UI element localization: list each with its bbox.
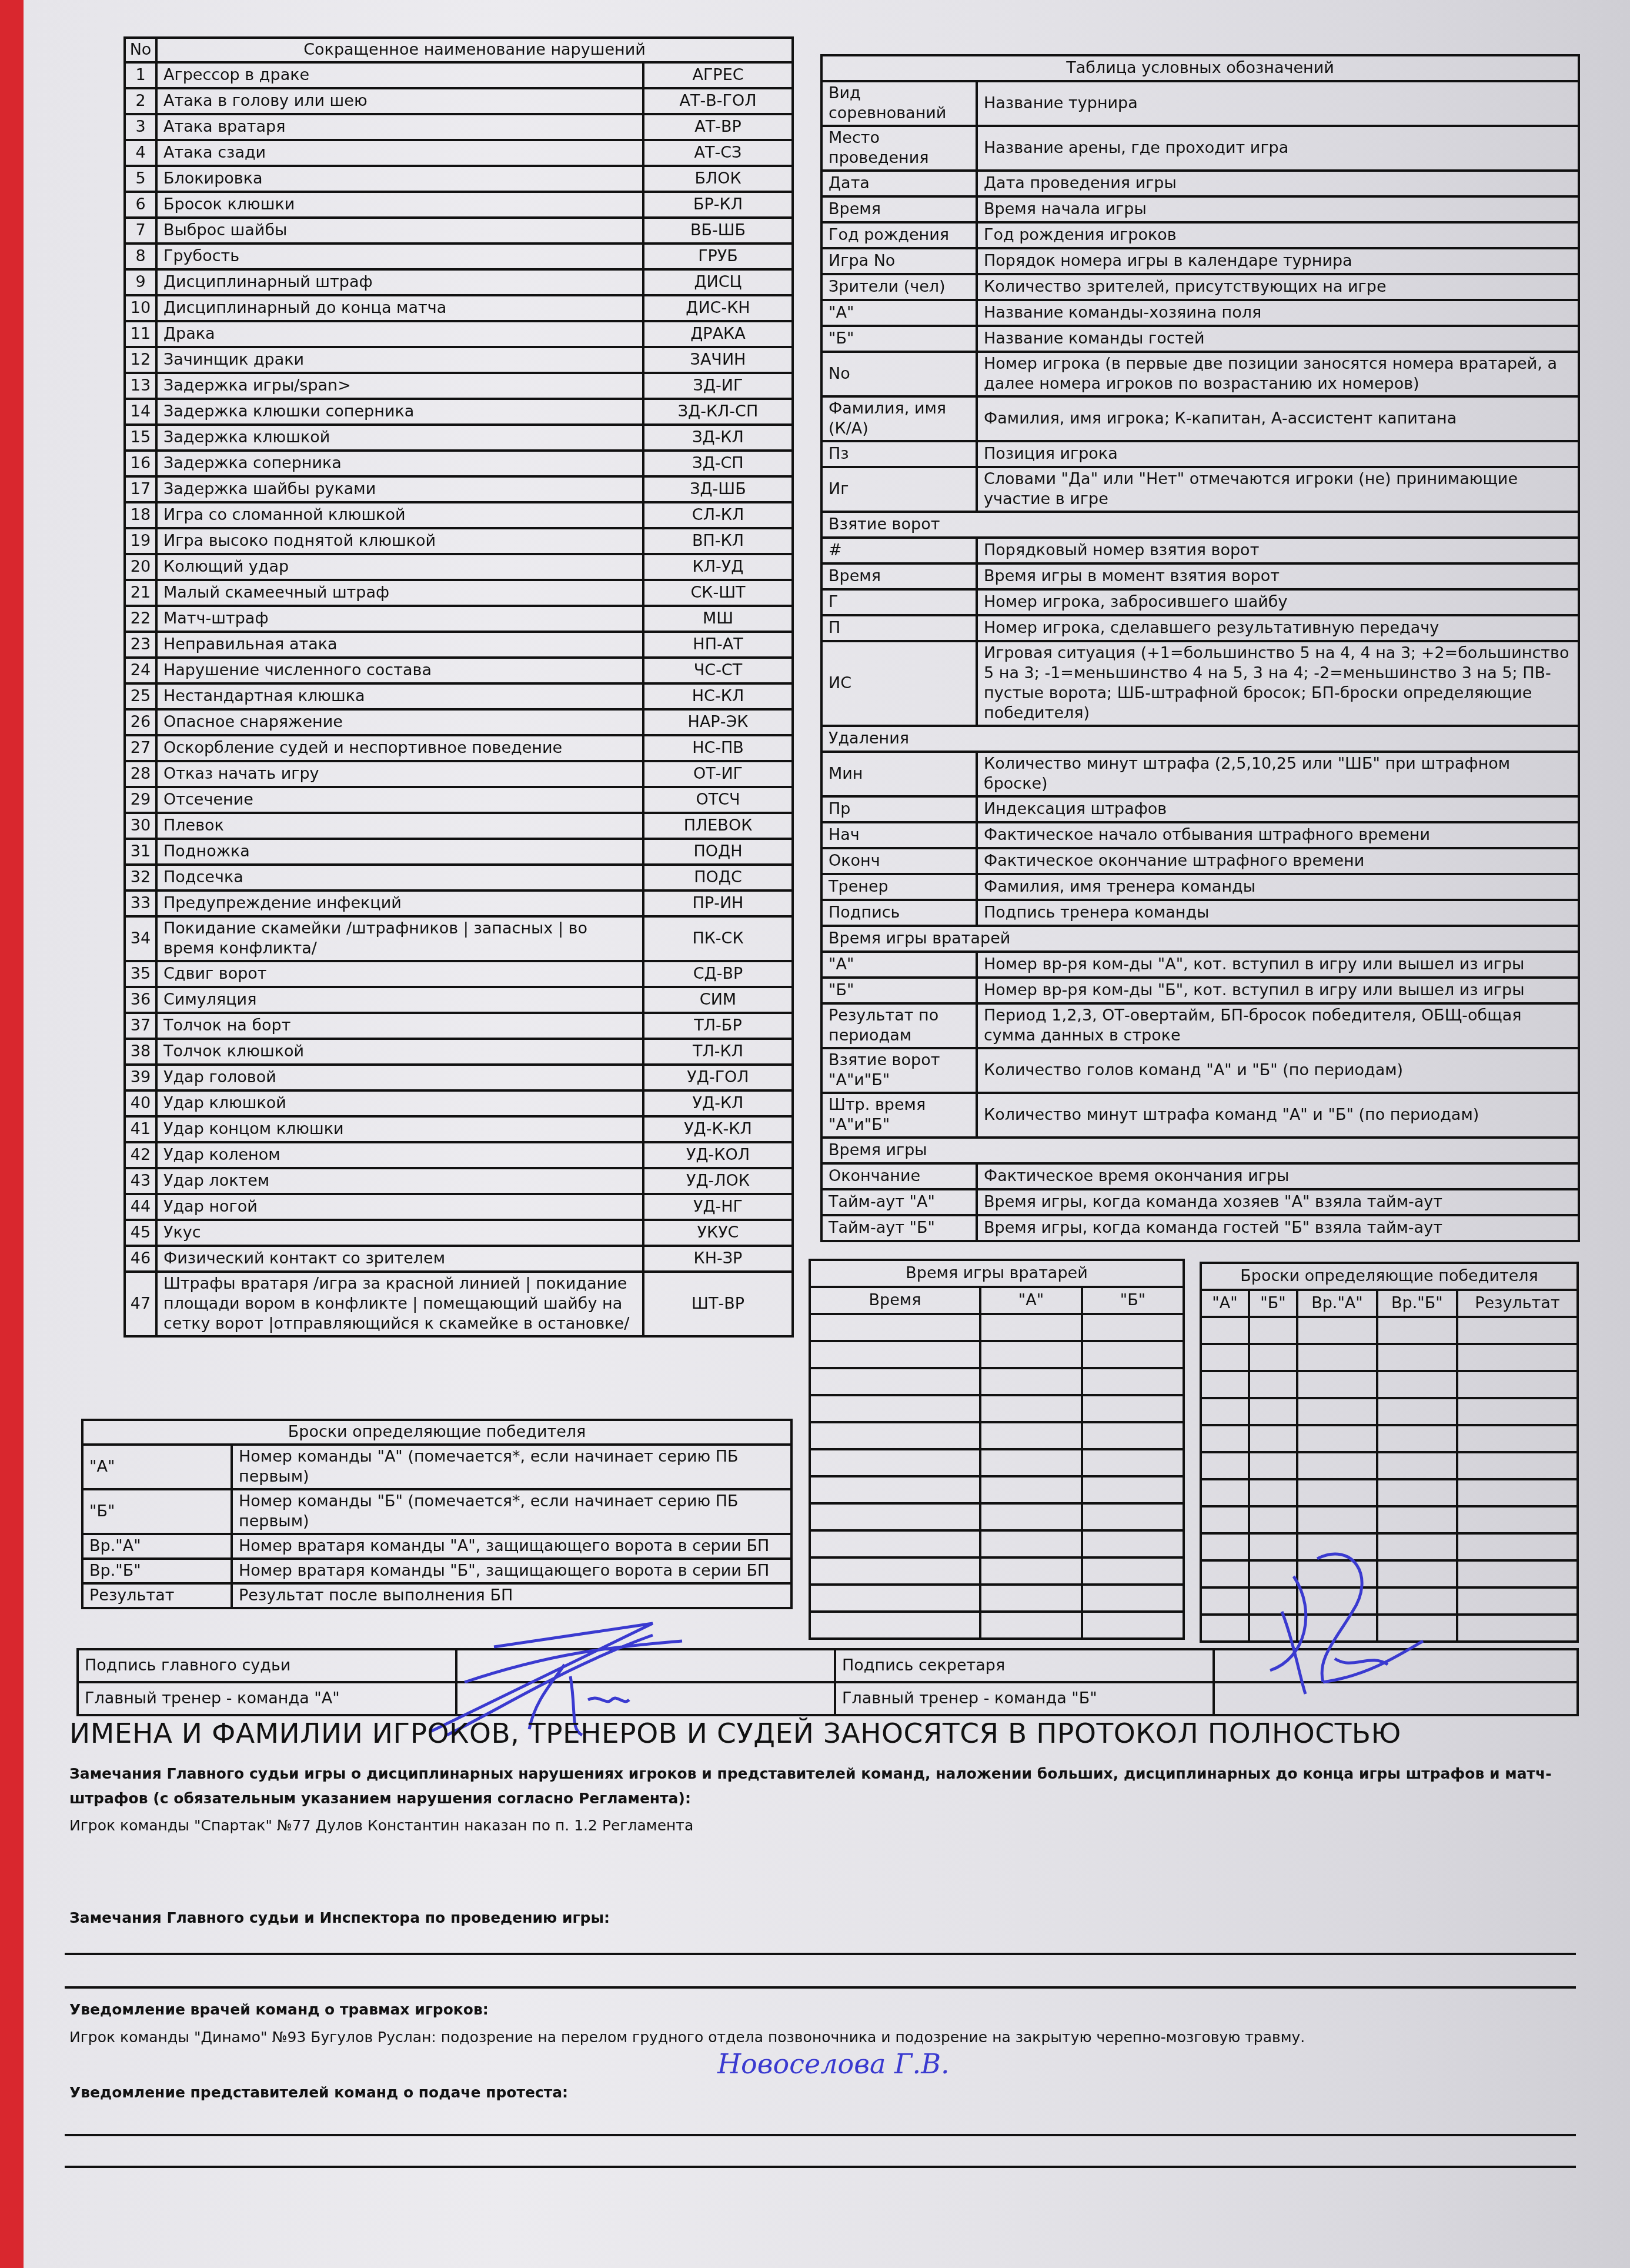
violation-row: 23Неправильная атакаНП-АТ (125, 632, 793, 658)
violation-row: 37Толчок на бортТЛ-БР (125, 1013, 793, 1039)
violation-row: 40Удар клюшкойУД-КЛ (125, 1090, 793, 1116)
shootout-cell[interactable] (1377, 1452, 1457, 1479)
legend-row: ПНомер игрока, сделавшего результативную… (821, 615, 1579, 641)
shootout-legend-description: Номер вратаря команды "А", защищающего в… (232, 1534, 791, 1559)
violation-row: 44Удар ногойУД-НГ (125, 1194, 793, 1220)
violation-name: Нестандартная клюшка (156, 683, 643, 709)
legend-description: Название команды-хозяина поля (977, 300, 1579, 326)
injury-text[interactable]: Игрок команды "Динамо" №93 Бугулов Русла… (69, 2027, 1305, 2048)
legend-key: Мин (821, 752, 977, 796)
goalie-time-cell[interactable] (1082, 1422, 1184, 1449)
shootout-cell[interactable] (1377, 1425, 1457, 1452)
violation-row: 24Нарушение численного составаЧС-СТ (125, 658, 793, 683)
violation-name: Зачинщик драки (156, 347, 643, 373)
legend-row: ПзПозиция игрока (821, 441, 1579, 467)
shootout-cell[interactable] (1201, 1533, 1249, 1560)
legend-row: Удаления (821, 726, 1579, 752)
legend-description: Время игры в момент взятия ворот (977, 563, 1579, 589)
legend-key: "Б" (821, 326, 977, 352)
shootout-cell[interactable] (1201, 1560, 1249, 1587)
shootout-cell[interactable] (1377, 1371, 1457, 1398)
violation-code: ЗД-ИГ (643, 373, 793, 399)
violation-row: 20Колющий ударКЛ-УД (125, 554, 793, 580)
legend-row: МинКоличество минут штрафа (2,5,10,25 ил… (821, 752, 1579, 796)
goalie-time-cell[interactable] (980, 1557, 1082, 1585)
violation-name: Физический контакт со зрителем (156, 1246, 643, 1272)
shootout-cell[interactable] (1249, 1398, 1297, 1425)
shootout-cell[interactable] (1249, 1506, 1297, 1533)
violation-row: 21Малый скамеечный штрафСК-ШТ (125, 580, 793, 606)
violation-row: 5БлокировкаБЛОК (125, 166, 793, 192)
protest-line-1[interactable] (65, 2134, 1576, 2136)
violation-name: Грубость (156, 244, 643, 269)
legend-row: #Порядковый номер взятия ворот (821, 538, 1579, 563)
violation-number: 9 (125, 269, 156, 295)
violation-name: Подсечка (156, 865, 643, 890)
violation-number: 47 (125, 1272, 156, 1336)
legend-key: Штр. время "А"и"Б" (821, 1093, 977, 1138)
disciplinary-heading: Замечания Главного судьи игры о дисципли… (69, 1762, 1575, 1811)
shootout-cell[interactable] (1201, 1371, 1249, 1398)
goalie-time-cell[interactable] (980, 1341, 1082, 1368)
legend-key: Год рождения (821, 222, 977, 248)
legend-key: Подпись (821, 900, 977, 926)
goalie-time-column-header: "Б" (1082, 1287, 1184, 1314)
goalie-time-cell[interactable] (980, 1449, 1082, 1476)
shootout-cell[interactable] (1457, 1317, 1578, 1344)
violation-row: 25Нестандартная клюшкаНС-КЛ (125, 683, 793, 709)
legend-row: ТренерФамилия, имя тренера команды (821, 874, 1579, 900)
violation-row: 15Задержка клюшкойЗД-КЛ (125, 425, 793, 451)
violation-code: АТ-ВР (643, 114, 793, 140)
legend-key: Г (821, 589, 977, 615)
legend-description: Название турнира (977, 81, 1579, 126)
violation-code: ОТ-ИГ (643, 761, 793, 787)
violation-name: Предупреждение инфекций (156, 890, 643, 916)
shootout-cell[interactable] (1297, 1371, 1377, 1398)
violation-code: КН-ЗР (643, 1246, 793, 1272)
violation-number: 22 (125, 606, 156, 632)
shootout-cell[interactable] (1249, 1317, 1297, 1344)
shootout-cell[interactable] (1297, 1452, 1377, 1479)
legend-description: Подпись тренера команды (977, 900, 1579, 926)
violation-number: 7 (125, 218, 156, 244)
shootout-title: Броски определяющие победителя (1201, 1263, 1578, 1290)
goalie-time-cell[interactable] (810, 1557, 980, 1585)
goalie-time-cell[interactable] (1082, 1557, 1184, 1585)
violation-number: 18 (125, 502, 156, 528)
legend-row: Фамилия, имя (К/А)Фамилия, имя игрока; К… (821, 396, 1579, 441)
legend-row: Год рожденияГод рождения игроков (821, 222, 1579, 248)
violation-code: ШТ-ВР (643, 1272, 793, 1336)
violation-row: 33Предупреждение инфекцийПР-ИН (125, 890, 793, 916)
legend-key: Место проведения (821, 126, 977, 171)
shootout-cell[interactable] (1377, 1317, 1457, 1344)
violation-code: ПОДН (643, 839, 793, 865)
shootout-cell[interactable] (1377, 1398, 1457, 1425)
inspector-line-1[interactable] (65, 1953, 1576, 1955)
goalie-time-cell[interactable] (1082, 1395, 1184, 1422)
legend-description: Время начала игры (977, 196, 1579, 222)
shootout-cell[interactable] (1457, 1398, 1578, 1425)
notes-title: ИМЕНА И ФАМИЛИИ ИГРОКОВ, ТРЕНЕРОВ И СУДЕ… (69, 1717, 1401, 1750)
shootout-cell[interactable] (1201, 1587, 1249, 1615)
shootout-row (1201, 1371, 1578, 1398)
legend-key: Взятие ворот "А"и"Б" (821, 1048, 977, 1093)
violation-code: АГРЕС (643, 62, 793, 88)
goalie-time-cell[interactable] (980, 1422, 1082, 1449)
goalie-time-cell[interactable] (810, 1314, 980, 1341)
violation-number: 29 (125, 787, 156, 813)
violation-row: 1Агрессор в дракеАГРЕС (125, 62, 793, 88)
violation-name: Колющий удар (156, 554, 643, 580)
legend-description: Позиция игрока (977, 441, 1579, 467)
violation-number: 32 (125, 865, 156, 890)
violation-name: Малый скамеечный штраф (156, 580, 643, 606)
shootout-cell[interactable] (1297, 1506, 1377, 1533)
red-background-edge (0, 0, 24, 2268)
goalie-time-row (810, 1368, 1184, 1395)
legend-description: Период 1,2,3, ОТ-овертайм, БП-бросок поб… (977, 1003, 1579, 1048)
violation-number: 6 (125, 192, 156, 218)
legend-description: Фактическое окончание штрафного времени (977, 848, 1579, 874)
violation-code: ВБ-ШБ (643, 218, 793, 244)
shootout-cell[interactable] (1201, 1615, 1249, 1642)
violation-row: 38Толчок клюшкойТЛ-КЛ (125, 1039, 793, 1065)
violation-code: ТЛ-БР (643, 1013, 793, 1039)
goalie-time-cell[interactable] (980, 1476, 1082, 1503)
shootout-cell[interactable] (1201, 1344, 1249, 1371)
violation-code: ПЛЕВОК (643, 813, 793, 839)
shootout-row (1201, 1506, 1578, 1533)
shootout-row (1201, 1344, 1578, 1371)
shootout-legend-key: Вр."Б" (82, 1559, 232, 1583)
violation-code: НАР-ЭК (643, 709, 793, 735)
shootout-cell[interactable] (1457, 1452, 1578, 1479)
legend-key: Тайм-аут "Б" (821, 1215, 977, 1241)
goalie-time-cell[interactable] (980, 1585, 1082, 1612)
violation-code: ТЛ-КЛ (643, 1039, 793, 1065)
violations-body: 1Агрессор в дракеАГРЕС2Атака в голову ил… (125, 62, 793, 1336)
violation-row: 43Удар локтемУД-ЛОК (125, 1168, 793, 1194)
legend-row: ДатаДата проведения игры (821, 171, 1579, 196)
header-violation-name: Сокращенное наименование нарушений (156, 38, 793, 62)
shootout-cell[interactable] (1377, 1506, 1457, 1533)
legend-description: Количество минут штрафа (2,5,10,25 или "… (977, 752, 1579, 796)
shootout-cell[interactable] (1297, 1398, 1377, 1425)
shootout-legend-row: Вр."А"Номер вратаря команды "А", защищаю… (82, 1534, 791, 1559)
violation-name: Удар локтем (156, 1168, 643, 1194)
violation-code: ЧС-СТ (643, 658, 793, 683)
legend-table: Таблица условных обозначений Вид соревно… (820, 54, 1580, 1242)
violation-number: 10 (125, 295, 156, 321)
violation-number: 30 (125, 813, 156, 839)
violation-code: СК-ШТ (643, 580, 793, 606)
legend-row: Время игры (821, 1138, 1579, 1163)
violation-row: 14Задержка клюшки соперникаЗД-КЛ-СП (125, 399, 793, 425)
goalie-time-cell[interactable] (810, 1503, 980, 1530)
violation-row: 6Бросок клюшкиБР-КЛ (125, 192, 793, 218)
violation-name: Атака сзади (156, 140, 643, 166)
shootout-cell[interactable] (1457, 1587, 1578, 1615)
legend-row: ВремяВремя начала игры (821, 196, 1579, 222)
violation-code: ПК-СК (643, 916, 793, 961)
legend-row: "Б"Название команды гостей (821, 326, 1579, 352)
legend-key: Окончание (821, 1163, 977, 1189)
violation-name: Отказ начать игру (156, 761, 643, 787)
shootout-cell[interactable] (1457, 1425, 1578, 1452)
violation-code: НП-АТ (643, 632, 793, 658)
goalie-time-cell[interactable] (1082, 1476, 1184, 1503)
goalie-time-row (810, 1422, 1184, 1449)
violation-row: 42Удар коленомУД-КОЛ (125, 1142, 793, 1168)
legend-key: "Б" (821, 978, 977, 1003)
violation-code: НС-ПВ (643, 735, 793, 761)
legend-row: Игра NoПорядок номера игры в календаре т… (821, 248, 1579, 274)
violation-number: 16 (125, 451, 156, 476)
shootout-cell[interactable] (1457, 1560, 1578, 1587)
violation-number: 44 (125, 1194, 156, 1220)
legend-key: Время (821, 563, 977, 589)
legend-row: ОкончаниеФактическое время окончания игр… (821, 1163, 1579, 1189)
goalie-time-cell[interactable] (1082, 1368, 1184, 1395)
goalie-time-cell[interactable] (810, 1612, 980, 1639)
violation-code: УКУС (643, 1220, 793, 1246)
violation-row: 13Задержка игры/span>ЗД-ИГ (125, 373, 793, 399)
header-no: No (125, 38, 156, 62)
legend-description: Порядковый номер взятия ворот (977, 538, 1579, 563)
legend-key: Зрители (чел) (821, 274, 977, 300)
violation-code: НС-КЛ (643, 683, 793, 709)
violation-code: ЗД-КЛ (643, 425, 793, 451)
violation-number: 25 (125, 683, 156, 709)
goalie-time-cell[interactable] (980, 1395, 1082, 1422)
legend-row: Зрители (чел)Количество зрителей, присут… (821, 274, 1579, 300)
goalie-time-cell[interactable] (980, 1612, 1082, 1639)
violation-code: СД-ВР (643, 961, 793, 987)
goalie-time-row (810, 1585, 1184, 1612)
shootout-cell[interactable] (1249, 1344, 1297, 1371)
violation-number: 23 (125, 632, 156, 658)
violation-code: ДРАКА (643, 321, 793, 347)
shootout-cell[interactable] (1249, 1479, 1297, 1506)
shootout-cell[interactable] (1297, 1479, 1377, 1506)
goalie-time-row (810, 1503, 1184, 1530)
goalie-time-cell[interactable] (1082, 1449, 1184, 1476)
shootout-legend-description: Номер вратаря команды "Б", защищающего в… (232, 1559, 791, 1583)
goalie-time-cell[interactable] (810, 1585, 980, 1612)
violation-row: 29ОтсечениеОТСЧ (125, 787, 793, 813)
violation-number: 12 (125, 347, 156, 373)
shootout-cell[interactable] (1201, 1398, 1249, 1425)
shootout-cell[interactable] (1457, 1615, 1578, 1642)
legend-key: No (821, 352, 977, 396)
violation-name: Матч-штраф (156, 606, 643, 632)
violation-name: Штрафы вратаря /игра за красной линией |… (156, 1272, 643, 1336)
violation-name: Удар коленом (156, 1142, 643, 1168)
shootout-cell[interactable] (1297, 1425, 1377, 1452)
goalie-time-cell[interactable] (1082, 1314, 1184, 1341)
violation-row: 26Опасное снаряжениеНАР-ЭК (125, 709, 793, 735)
violation-code: УД-ГОЛ (643, 1065, 793, 1090)
shootout-legend-row: РезультатРезультат после выполнения БП (82, 1583, 791, 1608)
goalie-time-row (810, 1476, 1184, 1503)
goalie-time-cell[interactable] (1082, 1503, 1184, 1530)
shootout-legend-title: Броски определяющие победителя (82, 1420, 791, 1445)
shootout-cell[interactable] (1457, 1506, 1578, 1533)
violation-name: Укус (156, 1220, 643, 1246)
shootout-cell[interactable] (1201, 1479, 1249, 1506)
legend-key: Иг (821, 467, 977, 512)
goalie-time-cell[interactable] (1082, 1585, 1184, 1612)
violation-code: УД-ЛОК (643, 1168, 793, 1194)
shootout-cell[interactable] (1457, 1479, 1578, 1506)
violation-row: 45УкусУКУС (125, 1220, 793, 1246)
legend-description: Дата проведения игры (977, 171, 1579, 196)
shootout-cell[interactable] (1297, 1317, 1377, 1344)
shootout-cell[interactable] (1249, 1452, 1297, 1479)
legend-title: Таблица условных обозначений (821, 55, 1579, 81)
violation-name: Подножка (156, 839, 643, 865)
legend-key: ИС (821, 641, 977, 726)
legend-description: Номер игрока, сделавшего результативную … (977, 615, 1579, 641)
coach-b-label: Главный тренер - команда "Б" (835, 1682, 1214, 1715)
legend-row: ПрИндексация штрафов (821, 796, 1579, 822)
legend-key: Нач (821, 822, 977, 848)
goalie-time-cell[interactable] (810, 1395, 980, 1422)
legend-row: Тайм-аут "Б"Время игры, когда команда го… (821, 1215, 1579, 1241)
goalie-time-cell[interactable] (980, 1368, 1082, 1395)
shootout-cell[interactable] (1377, 1344, 1457, 1371)
legend-section-header: Удаления (821, 726, 1579, 752)
violation-row: 10Дисциплинарный до конца матчаДИС-КН (125, 295, 793, 321)
goalie-time-row (810, 1395, 1184, 1422)
violation-row: 19Игра высоко поднятой клюшкойВП-КЛ (125, 528, 793, 554)
legend-description: Порядок номера игры в календаре турнира (977, 248, 1579, 274)
violation-number: 39 (125, 1065, 156, 1090)
shootout-cell[interactable] (1457, 1371, 1578, 1398)
goalie-time-cell[interactable] (1082, 1530, 1184, 1557)
legend-description: Время игры, когда команда хозяев "А" взя… (977, 1189, 1579, 1215)
violation-number: 3 (125, 114, 156, 140)
violation-name: Удар головой (156, 1065, 643, 1090)
legend-row: "А"Номер вр-ря ком-ды "А", кот. вступил … (821, 952, 1579, 978)
doctor-signature: Новоселова Г.В. (717, 2048, 950, 2080)
shootout-legend-row: Вр."Б"Номер вратаря команды "Б", защищаю… (82, 1559, 791, 1583)
shootout-cell[interactable] (1297, 1344, 1377, 1371)
violation-number: 35 (125, 961, 156, 987)
violation-row: 32ПодсечкаПОДС (125, 865, 793, 890)
legend-key: Фамилия, имя (К/А) (821, 396, 977, 441)
goalie-time-cell[interactable] (810, 1530, 980, 1557)
legend-key: Тренер (821, 874, 977, 900)
protest-line-2[interactable] (65, 2166, 1576, 2168)
violation-number: 33 (125, 890, 156, 916)
legend-row: Вид соревнованийНазвание турнира (821, 81, 1579, 126)
shootout-row (1201, 1398, 1578, 1425)
violation-code: УД-КЛ (643, 1090, 793, 1116)
shootout-cell[interactable] (1201, 1317, 1249, 1344)
goalie-time-cell[interactable] (1082, 1612, 1184, 1639)
violation-row: 46Физический контакт со зрителемКН-ЗР (125, 1246, 793, 1272)
goalie-time-cell[interactable] (1082, 1341, 1184, 1368)
goalie-time-cell[interactable] (980, 1530, 1082, 1557)
violation-name: Дисциплинарный до конца матча (156, 295, 643, 321)
violation-name: Задержка соперника (156, 451, 643, 476)
violation-number: 45 (125, 1220, 156, 1246)
violation-name: Атака вратаря (156, 114, 643, 140)
shootout-cell[interactable] (1201, 1506, 1249, 1533)
shootout-cell[interactable] (1249, 1371, 1297, 1398)
goalie-time-cell[interactable] (980, 1503, 1082, 1530)
violation-code: УД-КОЛ (643, 1142, 793, 1168)
violation-name: Агрессор в драке (156, 62, 643, 88)
shootout-cell[interactable] (1201, 1452, 1249, 1479)
shootout-legend-row: "Б"Номер команды "Б" (помечается*, если … (82, 1489, 791, 1534)
shootout-cell[interactable] (1457, 1344, 1578, 1371)
goalie-time-cell[interactable] (980, 1314, 1082, 1341)
injury-heading: Уведомление врачей команд о травмах игро… (69, 1997, 1575, 2022)
violation-code: ЗАЧИН (643, 347, 793, 373)
violation-name: Плевок (156, 813, 643, 839)
legend-row: ИгСловами "Да" или "Нет" отмечаются игро… (821, 467, 1579, 512)
legend-key: Тайм-аут "А" (821, 1189, 977, 1215)
legend-description: Словами "Да" или "Нет" отмечаются игроки… (977, 467, 1579, 512)
violation-row: 36СимуляцияСИМ (125, 987, 793, 1013)
inspector-line-2[interactable] (65, 1986, 1576, 1989)
violation-row: 34Покидание скамейки /штрафников | запас… (125, 916, 793, 961)
shootout-cell[interactable] (1201, 1425, 1249, 1452)
goalie-time-cell[interactable] (810, 1476, 980, 1503)
violation-number: 20 (125, 554, 156, 580)
violation-row: 28Отказ начать игруОТ-ИГ (125, 761, 793, 787)
inspector-heading: Замечания Главного судьи и Инспектора по… (69, 1906, 1575, 1930)
legend-key: Дата (821, 171, 977, 196)
legend-row: Место проведенияНазвание арены, где прох… (821, 126, 1579, 171)
shootout-cell[interactable] (1249, 1425, 1297, 1452)
shootout-cell[interactable] (1377, 1479, 1457, 1506)
goalie-time-row (810, 1530, 1184, 1557)
shootout-legend-key: "Б" (82, 1489, 232, 1534)
violation-code: ДИСЦ (643, 269, 793, 295)
legend-row: NoНомер игрока (в первые две позиции зан… (821, 352, 1579, 396)
violation-code: ПОДС (643, 865, 793, 890)
goalie-time-cell[interactable] (810, 1422, 980, 1449)
violation-number: 14 (125, 399, 156, 425)
shootout-legend-row: "А"Номер команды "А" (помечается*, если … (82, 1445, 791, 1489)
shootout-cell[interactable] (1457, 1533, 1578, 1560)
goalie-time-row (810, 1449, 1184, 1476)
legend-row: "Б"Номер вр-ря ком-ды "Б", кот. вступил … (821, 978, 1579, 1003)
shootout-column-header: "Б" (1249, 1290, 1297, 1317)
legend-row: Штр. время "А"и"Б"Количество минут штраф… (821, 1093, 1579, 1138)
goalie-time-cell[interactable] (810, 1449, 980, 1476)
disciplinary-text[interactable]: Игрок команды "Спартак" №77 Дулов Конста… (69, 1815, 693, 1836)
goalie-time-cell[interactable] (810, 1341, 980, 1368)
violation-code: АТ-В-ГОЛ (643, 88, 793, 114)
shootout-column-header: Вр."А" (1297, 1290, 1377, 1317)
violation-number: 38 (125, 1039, 156, 1065)
violation-name: Симуляция (156, 987, 643, 1013)
goalie-time-cell[interactable] (810, 1368, 980, 1395)
violation-name: Удар концом клюшки (156, 1116, 643, 1142)
violation-number: 19 (125, 528, 156, 554)
violation-code: ПР-ИН (643, 890, 793, 916)
violation-row: 35Сдвиг воротСД-ВР (125, 961, 793, 987)
shootout-row (1201, 1452, 1578, 1479)
legend-description: Номер игрока (в первые две позиции занос… (977, 352, 1579, 396)
shootout-legend-description: Номер команды "А" (помечается*, если нач… (232, 1445, 791, 1489)
